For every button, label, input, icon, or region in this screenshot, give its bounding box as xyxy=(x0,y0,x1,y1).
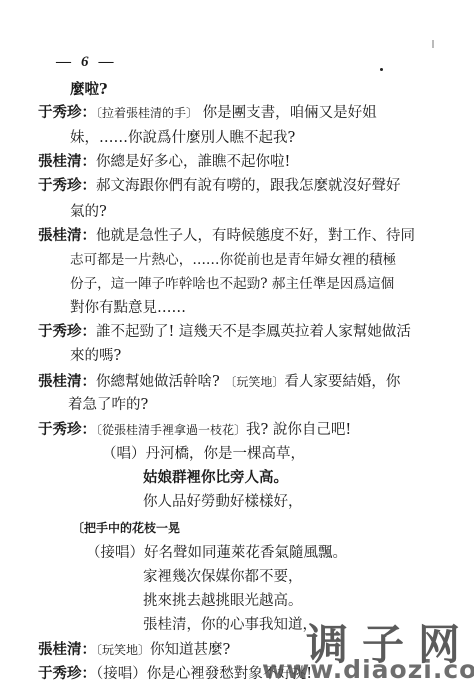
dialogue-line: 于秀珍：郝文海跟你們有說有嘮的，跟我怎麼就沒好聲好 xyxy=(38,176,401,196)
stage-direction: 〔玩笑地〕 xyxy=(96,643,150,657)
dash-right: — xyxy=(99,54,116,70)
speaker: 張桂清： xyxy=(38,153,96,170)
scan-mark xyxy=(432,40,434,48)
speaker: 張桂清： xyxy=(38,373,96,390)
text-line: 來的嗎? xyxy=(70,346,121,366)
line-text: 志可都是一片熱心，……你從前也是青年婦女裡的積極 xyxy=(70,252,396,268)
speaker: 于秀珍： xyxy=(38,665,96,682)
song-line: （唱）丹河橋，你是一棵高草， xyxy=(102,444,305,464)
dialogue-line: 張桂清：你總是好多心，誰瞧不起你啦! xyxy=(38,152,290,172)
song-line: 你人品好勞動好樣樣好， xyxy=(143,492,303,512)
line-text: 郝文海跟你們有說有嘮的，跟我怎麼就沒好聲好 xyxy=(96,178,401,194)
speaker: 于秀珍： xyxy=(38,421,96,438)
dialogue-line: 于秀珍：〔從張桂清手裡拿過一枝花〕我? 說你自己吧! xyxy=(38,420,351,440)
stage-direction: 〔從張桂清手裡拿過一枝花〕 xyxy=(96,423,246,437)
line-text: 看人家要結婚，你 xyxy=(284,374,400,390)
line-text: 氣的? xyxy=(70,204,107,220)
line-text: 你總是好多心，誰瞧不起你啦! xyxy=(96,154,290,170)
line-text: 你是團支書，咱倆又是好姐 xyxy=(203,105,377,121)
line-text: 誰不起勁了! 這幾天不是李鳳英拉着人家幫她做活 xyxy=(96,324,411,340)
dot-mark xyxy=(380,68,383,71)
line-text: 份子，這一陣子咋幹啥也不起勁? 郝主任準是因爲這個 xyxy=(70,276,394,292)
speaker: 張桂清： xyxy=(38,641,96,658)
line-text: 我? 說你自己吧! xyxy=(246,422,351,438)
dialogue-line: 張桂清：你總幫她做活幹啥? 〔玩笑地〕看人家要結婚，你 xyxy=(38,372,400,392)
watermark-url: www.diaozi.com xyxy=(262,655,474,684)
text-line: 份子，這一陣子咋幹啥也不起勁? 郝主任準是因爲這個 xyxy=(70,274,394,294)
stage-direction: 〔玩笑地〕 xyxy=(224,375,284,389)
song-line: 家裡幾次保媒你都不要， xyxy=(143,567,303,587)
dialogue-line: 于秀珍：〔拉着張桂清的手〕 你是團支書，咱倆又是好姐 xyxy=(38,103,377,123)
line-text: 來的嗎? xyxy=(70,348,121,364)
page-number-value: 6 xyxy=(81,54,91,70)
line-text: 你知道甚麼? xyxy=(150,642,230,658)
page-number: —6— xyxy=(56,54,116,71)
song-line: 張桂清，你的心事我知道， xyxy=(143,615,317,635)
line-text: 你總幫她做活幹啥? xyxy=(96,374,220,390)
line-text: （接唱）好名聲如同蓮萊花香氣隨風飄。 xyxy=(86,545,347,561)
line-text: 家裡幾次保媒你都不要， xyxy=(143,569,303,585)
line-text: 對你有點意見…… xyxy=(70,300,186,316)
speaker: 于秀珍： xyxy=(38,323,96,340)
stage-direction-line: 〔把手中的花枝一晃 xyxy=(72,518,180,538)
line-text: （唱）丹河橋，你是一棵高草， xyxy=(102,446,305,462)
dash-left: — xyxy=(56,54,73,70)
line-text: 着急了咋的? xyxy=(68,397,148,413)
song-line: 挑來挑去越挑眼光越高。 xyxy=(143,591,303,611)
text-line: 志可都是一片熱心，……你從前也是青年婦女裡的積極 xyxy=(70,250,396,270)
stage-direction: 〔把手中的花枝一晃 xyxy=(72,521,180,535)
line-text: 妹，……你說爲什麼別人瞧不起我? xyxy=(70,130,295,146)
line-text: 麼啦? xyxy=(70,81,108,98)
dialogue-line: 于秀珍：誰不起勁了! 這幾天不是李鳳英拉着人家幫她做活 xyxy=(38,322,411,342)
stage-direction: 〔拉着張桂清的手〕 xyxy=(96,106,198,120)
text-line: 着急了咋的? xyxy=(68,395,148,415)
text-line: 氣的? xyxy=(70,202,107,222)
line-text: 張桂清，你的心事我知道， xyxy=(143,617,317,633)
line-text: 姑娘群裡你比旁人高。 xyxy=(143,469,288,486)
text-line: 妹，……你說爲什麼別人瞧不起我? xyxy=(70,128,295,148)
line-text: 挑來挑去越挑眼光越高。 xyxy=(143,593,303,609)
dialogue-line: 張桂清：〔玩笑地〕你知道甚麼? xyxy=(38,640,230,660)
speaker: 張桂清： xyxy=(38,227,96,244)
speaker: 于秀珍： xyxy=(38,104,96,121)
line-text: 他就是急性子人，有時候態度不好，對工作、待同 xyxy=(96,228,415,244)
dialogue-line: 張桂清：他就是急性子人，有時候態度不好，對工作、待同 xyxy=(38,226,415,246)
speaker: 于秀珍： xyxy=(38,177,96,194)
text-line: 對你有點意見…… xyxy=(70,298,186,318)
text-line: 麼啦? xyxy=(70,80,108,100)
song-line: 姑娘群裡你比旁人高。 xyxy=(143,468,288,488)
song-line: （接唱）好名聲如同蓮萊花香氣隨風飄。 xyxy=(86,543,347,563)
line-text: 你人品好勞動好樣樣好， xyxy=(143,494,303,510)
